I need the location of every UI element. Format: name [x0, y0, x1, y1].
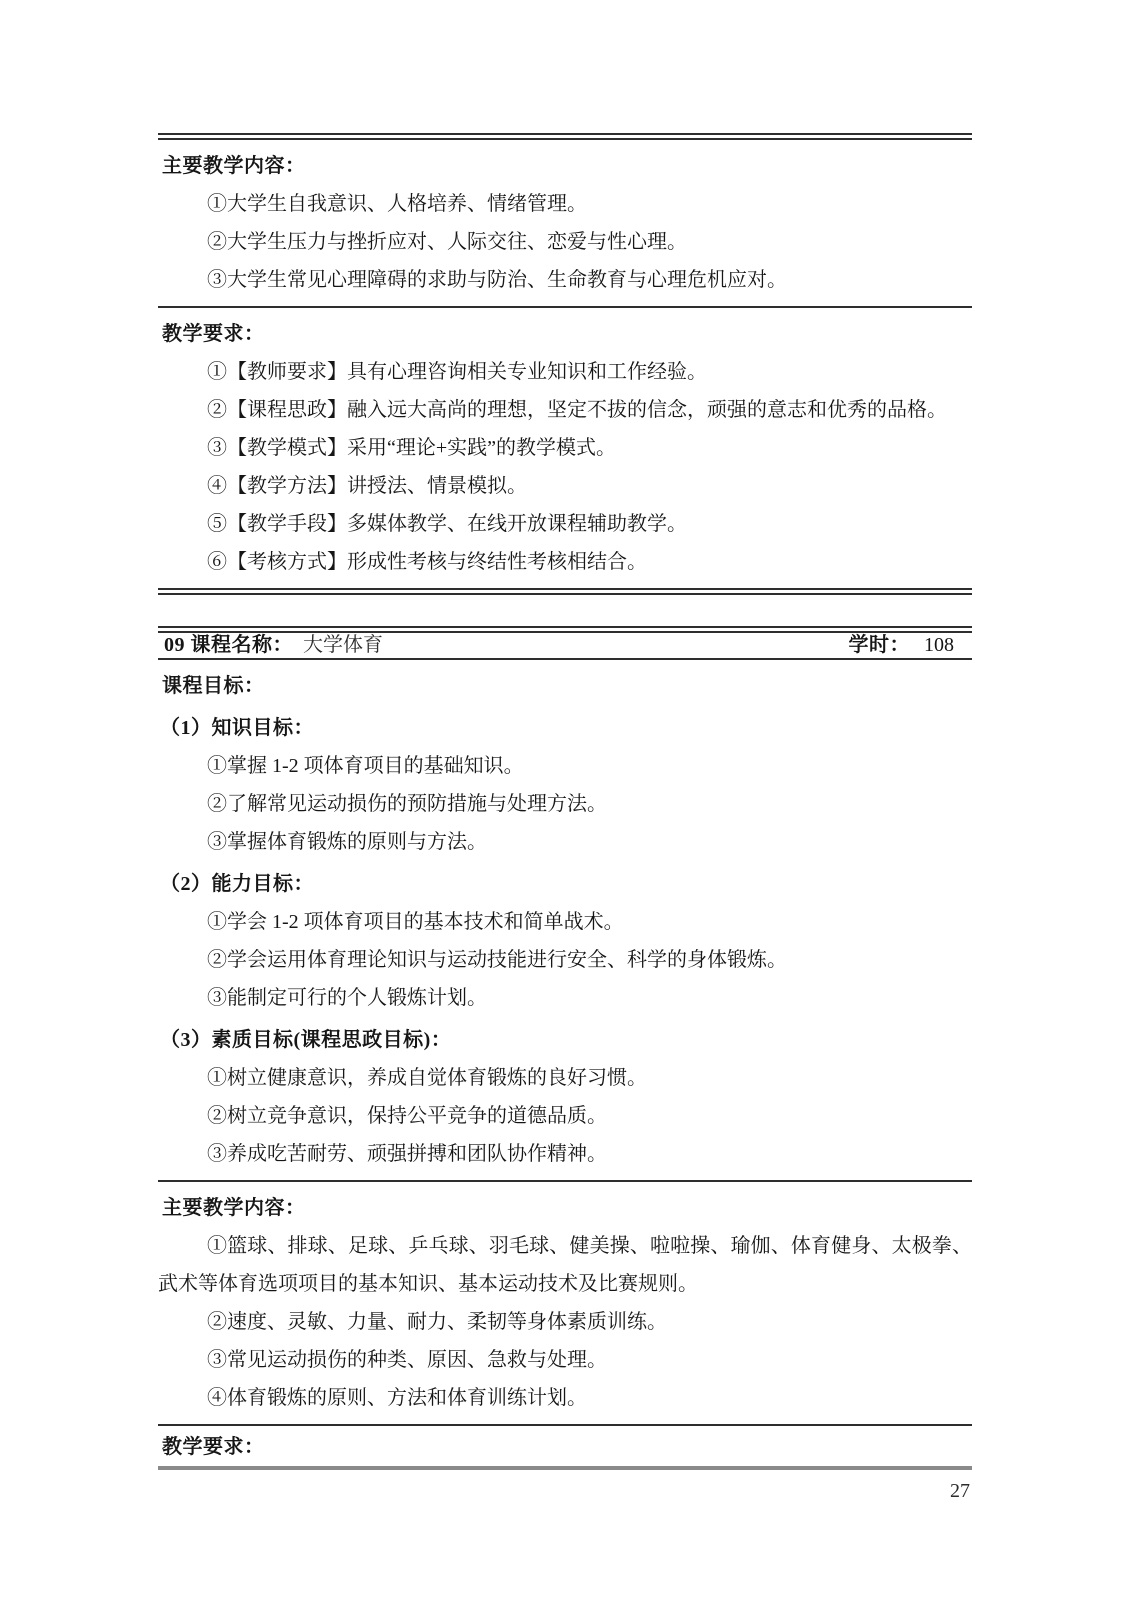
section-main-teaching-content: 主要教学内容： ①大学生自我意识、人格培养、情绪管理。 ②大学生压力与挫折应对、… [158, 140, 972, 306]
section-heading: 教学要求： [158, 315, 972, 353]
goal-item: ②树立竞争意识，保持公平竞争的道德品质。 [158, 1097, 972, 1135]
hours-label: 学时： [849, 633, 911, 658]
content-item: ①篮球、排球、足球、乒乓球、羽毛球、健美操、啦啦操、瑜伽、体育健身、太极拳、武术… [158, 1227, 972, 1303]
content-item: ④体育锻炼的原则、方法和体育训练计划。 [158, 1379, 972, 1417]
course-table-physical-education: 09 课程名称： 大学体育 学时： 108 课程目标： （1）知识目标： ①掌握… [158, 626, 972, 1470]
content-item: ③常见运动损伤的种类、原因、急救与处理。 [158, 1341, 972, 1379]
section-heading: 课程目标： [158, 667, 972, 705]
table-top-border [158, 626, 972, 633]
goal-item: ①学会 1-2 项体育项目的基本技术和简单战术。 [158, 903, 972, 941]
requirement-item: ⑤【教学手段】多媒体教学、在线开放课程辅助教学。 [158, 505, 972, 543]
requirement-item: ①【教师要求】具有心理咨询相关专业知识和工作经验。 [158, 353, 972, 391]
page-number: 27 [0, 1480, 970, 1503]
section-teaching-requirements: 教学要求： ①【教师要求】具有心理咨询相关专业知识和工作经验。 ②【课程思政】融… [158, 308, 972, 588]
requirement-item: ②【课程思政】融入远大高尚的理想，坚定不拔的信念，顽强的意志和优秀的品格。 [158, 391, 972, 429]
section-heading: 主要教学内容： [158, 147, 972, 185]
goal-group-quality: （3）素质目标(课程思政目标)： [158, 1021, 972, 1059]
goal-item: ③能制定可行的个人锻炼计划。 [158, 979, 972, 1017]
goal-item: ③掌握体育锻炼的原则与方法。 [158, 823, 972, 861]
goal-group-knowledge: （1）知识目标： [158, 709, 972, 747]
section-teaching-requirements: 教学要求： [158, 1426, 972, 1466]
section-main-teaching-content: 主要教学内容： ①篮球、排球、足球、乒乓球、羽毛球、健美操、啦啦操、瑜伽、体育健… [158, 1182, 972, 1424]
goal-group-ability: （2）能力目标： [158, 865, 972, 903]
course-table-psychology: 主要教学内容： ①大学生自我意识、人格培养、情绪管理。 ②大学生压力与挫折应对、… [158, 133, 972, 595]
course-name-value: 大学体育 [303, 633, 383, 658]
goal-item: ②了解常见运动损伤的预防措施与处理方法。 [158, 785, 972, 823]
goal-item: ①树立健康意识，养成自觉体育锻炼的良好习惯。 [158, 1059, 972, 1097]
table-bottom-border [158, 588, 972, 595]
requirement-item: ④【教学方法】讲授法、情景模拟。 [158, 467, 972, 505]
section-course-goals: 课程目标： （1）知识目标： ①掌握 1-2 项体育项目的基础知识。 ②了解常见… [158, 660, 972, 1180]
hours-value: 108 [924, 633, 954, 658]
table-top-border [158, 133, 972, 140]
course-hours: 学时： 108 [849, 633, 973, 658]
requirement-item: ③【教学模式】采用“理论+实践”的教学模式。 [158, 429, 972, 467]
content-item: ③大学生常见心理障碍的求助与防治、生命教育与心理危机应对。 [158, 261, 972, 299]
content-item: ②速度、灵敏、力量、耐力、柔韧等身体素质训练。 [158, 1303, 972, 1341]
goal-item: ①掌握 1-2 项体育项目的基础知识。 [158, 747, 972, 785]
goal-item: ②学会运用体育理论知识与运动技能进行安全、科学的身体锻炼。 [158, 941, 972, 979]
content-item: ①大学生自我意识、人格培养、情绪管理。 [158, 185, 972, 223]
course-header-row: 09 课程名称： 大学体育 学时： 108 [158, 633, 972, 658]
course-name-label: 09 课程名称： [164, 633, 293, 658]
section-heading: 教学要求： [158, 1430, 972, 1464]
requirement-item: ⑥【考核方式】形成性考核与终结性考核相结合。 [158, 543, 972, 581]
section-heading: 主要教学内容： [158, 1189, 972, 1227]
goal-item: ③养成吃苦耐劳、顽强拼搏和团队协作精神。 [158, 1135, 972, 1173]
content-item: ②大学生压力与挫折应对、人际交往、恋爱与性心理。 [158, 223, 972, 261]
document-page: 主要教学内容： ①大学生自我意识、人格培养、情绪管理。 ②大学生压力与挫折应对、… [0, 0, 1131, 1600]
page-break-border [158, 1466, 972, 1470]
